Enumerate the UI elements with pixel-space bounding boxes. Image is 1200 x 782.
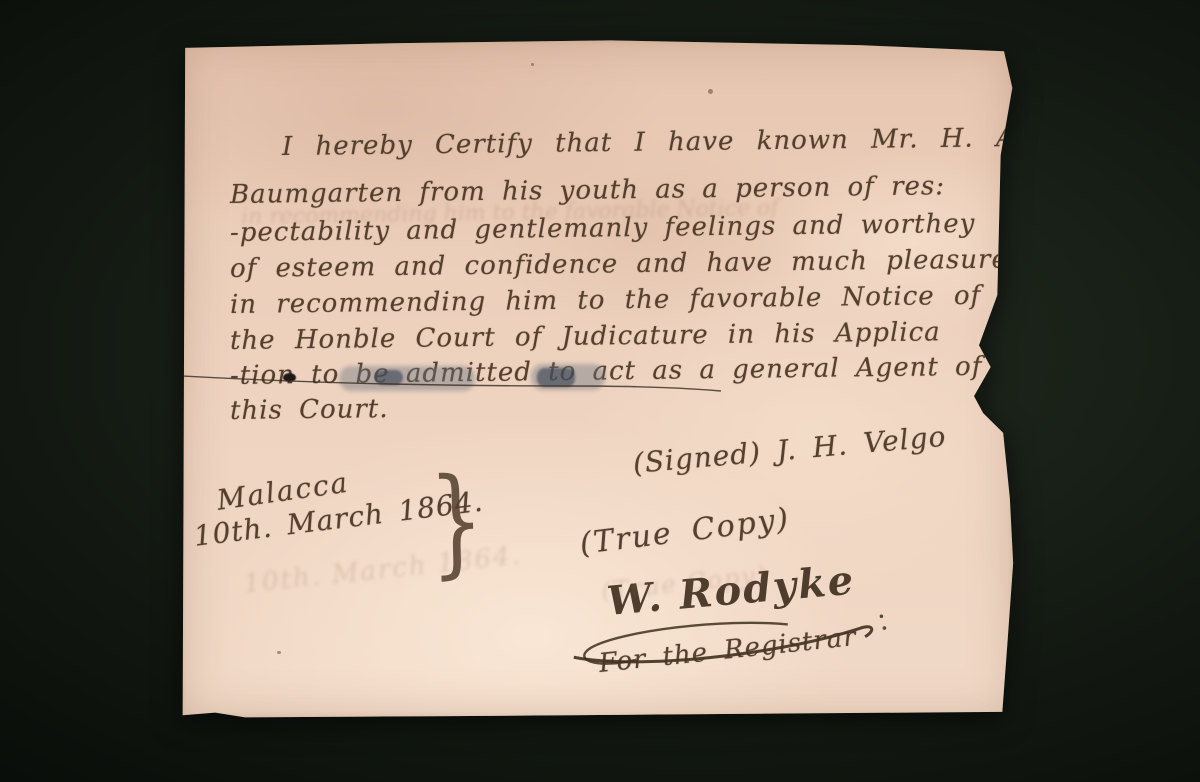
true-copy-line: (True Copy)	[578, 501, 792, 562]
paper-speck	[531, 63, 534, 66]
body-line: in recommending him to the favorable Not…	[230, 281, 982, 320]
body-line: the Honble Court of Judicature in his Ap…	[230, 317, 941, 356]
paper-speck	[277, 651, 281, 654]
photo-background: { "photo": { "background_color": "#141a1…	[0, 0, 1200, 782]
ink-smudge	[537, 368, 575, 387]
body-line: this Court.	[230, 394, 389, 426]
document-paper: I hereby Certify that I have known Mr. H…	[181, 39, 1014, 718]
ink-blot	[283, 373, 296, 382]
photo-frame: I hereby Certify that I have known Mr. H…	[0, 0, 1200, 782]
signed-line: (Signed) J. H. Velgo	[632, 420, 948, 480]
body-line: I hereby Certify that I have known Mr. H…	[282, 123, 1025, 162]
ghost-text: 10th. March 1864.	[242, 540, 523, 599]
paper-speck	[708, 89, 713, 94]
ink-smudge	[375, 370, 403, 385]
body-line: of esteem and confidence and have much p…	[230, 244, 1008, 284]
ink-smudge	[339, 366, 475, 391]
